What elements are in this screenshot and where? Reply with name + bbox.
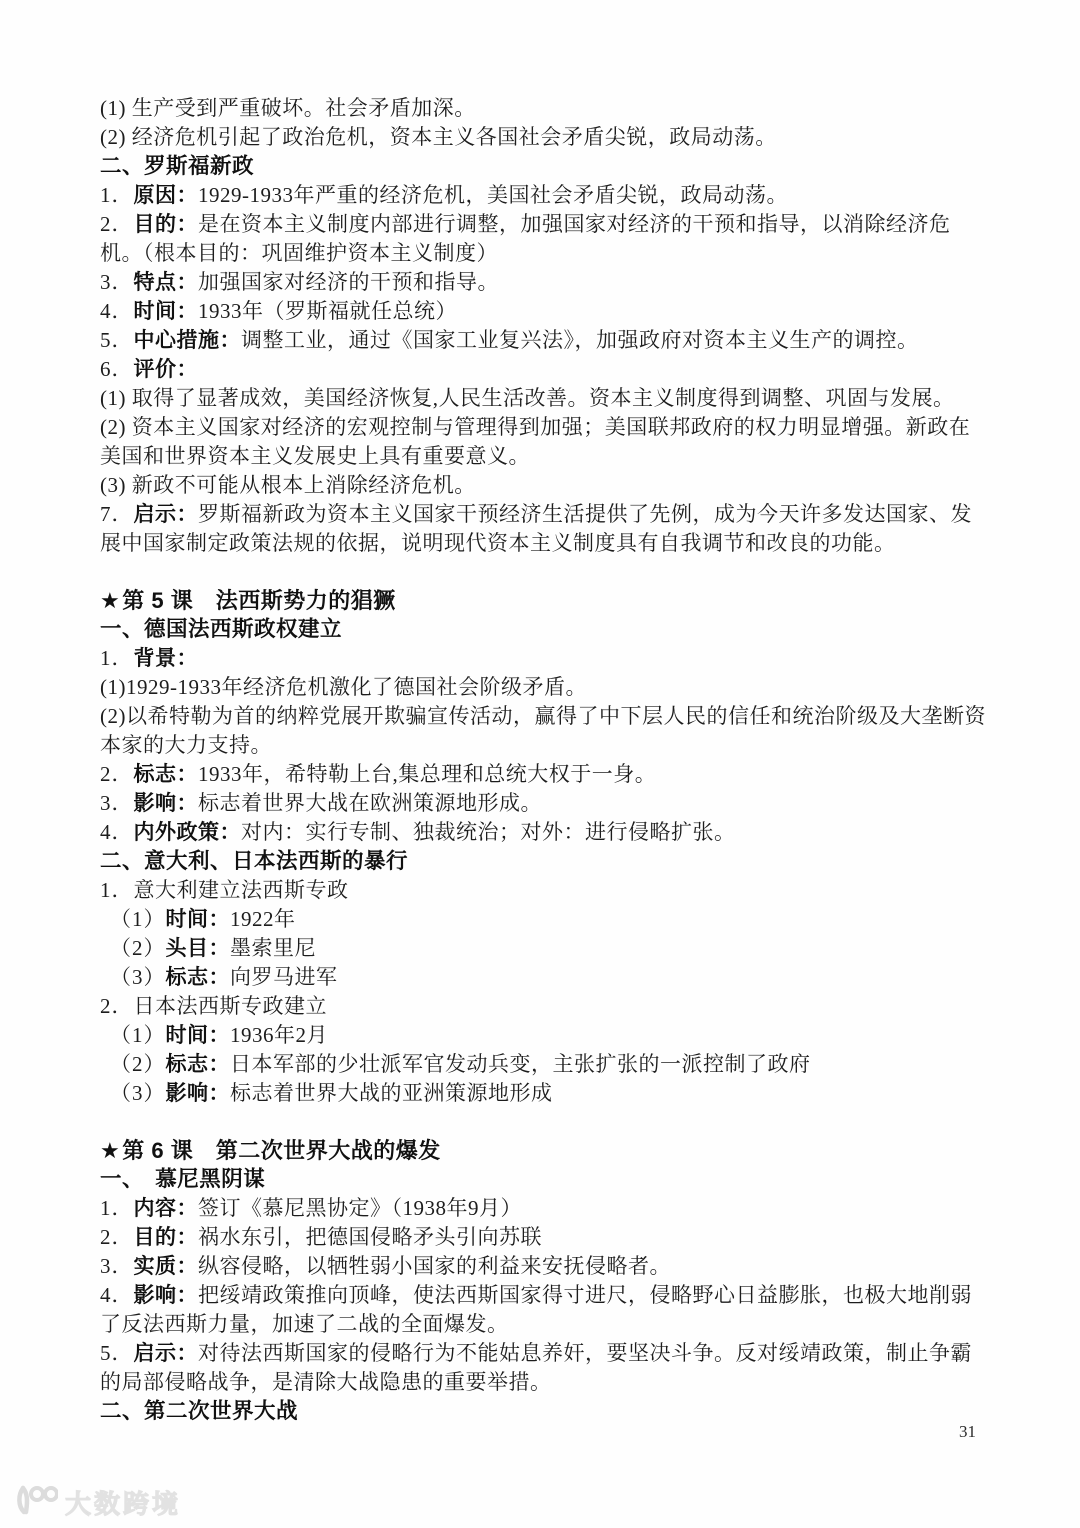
item-number: （3） [110,965,166,989]
item-number: 2． [100,994,134,1018]
numbered-item: 3．特点：加强国家对经济的干预和指导。 [100,268,988,297]
numbered-item: 2．目的：祸水东引，把德国侵略矛头引向苏联 [100,1223,988,1252]
numbered-item: 1．原因：1929-1933年严重的经济危机，美国社会矛盾尖锐，政局动荡。 [100,181,988,210]
star-icon: ★ [100,588,120,613]
item-number: （1） [110,907,166,931]
sub-line: (2) 资本主义国家对经济的宏观控制与管理得到加强；美国联邦政府的权力明显增强。… [100,413,988,471]
item-label: 头目： [166,937,231,960]
item-number: （1） [110,1023,166,1047]
numbered-item: 2．目的：是在资本主义制度内部进行调整，加强国家对经济的干预和指导，以消除经济危… [100,210,988,268]
item-label: 影响： [134,1284,199,1307]
section-heading: 二、罗斯福新政 [100,152,988,181]
item-number: 2． [100,762,134,786]
item-label: 时间： [166,908,231,931]
item-number: （3） [110,1081,166,1105]
sub-item: （3）标志：向罗马进军 [100,963,988,992]
item-label: 目的： [134,213,199,236]
item-text: 墨索里尼 [230,936,316,960]
item-label: 时间： [166,1024,231,1047]
item-text: 纵容侵略，以牺牲弱小国家的利益来安抚侵略者。 [198,1254,671,1278]
item-label: 时间： [134,300,199,323]
item-text: (3) 新政不可能从根本上消除经济危机。 [100,473,476,497]
course-heading: ★第 6 课 第二次世界大战的爆发 [100,1136,988,1165]
item-label: 原因： [134,184,199,207]
item-number: 3． [100,270,134,294]
item-text: (2) 资本主义国家对经济的宏观控制与管理得到加强；美国联邦政府的权力明显增强。… [100,415,970,468]
item-text: 1929-1933年严重的经济危机，美国社会矛盾尖锐，政局动荡。 [198,183,788,207]
sub-line: (1)1929-1933年经济危机激化了德国社会阶级矛盾。 [100,673,988,702]
item-label: 评价： [134,358,199,381]
item-number: 3． [100,1254,134,1278]
item-text: 签订《慕尼黑协定》（1938年9月） [198,1196,522,1220]
item-label: 背景： [134,647,199,670]
item-text: 加强国家对经济的干预和指导。 [198,270,499,294]
item-number: 2． [100,1225,134,1249]
item-label: 目的： [134,1226,199,1249]
watermark-100-logo-icon [14,1483,58,1522]
item-label: 中心措施： [134,329,242,352]
item-number: 1． [100,183,134,207]
sub-line: (2)以希特勒为首的纳粹党展开欺骗宣传活动，赢得了中下层人民的信任和统治阶级及大… [100,702,988,760]
item-number: 1． [100,646,134,670]
item-text: (1) 生产受到严重破坏。社会矛盾加深。 [100,96,476,120]
item-label: 实质： [134,1255,199,1278]
watermark-text: 大数跨境 [65,1484,181,1521]
item-text: (2)以希特勒为首的纳粹党展开欺骗宣传活动，赢得了中下层人民的信任和统治阶级及大… [100,704,986,757]
item-text: 对内：实行专制、独裁统治；对外：进行侵略扩张。 [241,820,736,844]
item-text: 对待法西斯国家的侵略行为不能姑息养奸，要坚决斗争。反对绥靖政策，制止争霸的局部侵… [100,1341,972,1394]
sub-item: （1）时间：1922年 [100,905,988,934]
sub-line: (2) 经济危机引起了政治危机，资本主义各国社会矛盾尖锐，政局动荡。 [100,123,988,152]
item-text: 祸水东引，把德国侵略矛头引向苏联 [198,1225,542,1249]
item-text: 一、德国法西斯政权建立 [100,617,342,641]
item-text: 向罗马进军 [230,965,338,989]
numbered-item: 2．日本法西斯专政建立 [100,992,988,1021]
item-text: (2) 经济危机引起了政治危机，资本主义各国社会矛盾尖锐，政局动荡。 [100,125,777,149]
item-label: 启示： [134,1342,199,1365]
item-number: 1． [100,878,134,902]
item-text: 标志着世界大战的亚洲策源地形成 [230,1081,553,1105]
page-number: 31 [959,1422,976,1442]
item-text: 1933年（罗斯福就任总统） [198,299,457,323]
item-number: 4． [100,820,134,844]
item-label: 启示： [134,503,199,526]
section-heading: 一、德国法西斯政权建立 [100,615,988,644]
item-label: 内外政策： [134,821,242,844]
item-label: 标志： [134,763,199,786]
item-text: 日本军部的少壮派军官发动兵变，主张扩张的一派控制了政府 [230,1052,811,1076]
item-text: 第 6 课 第二次世界大战的爆发 [122,1138,440,1163]
item-number: 4． [100,299,134,323]
item-text: (1) 取得了显著成效，美国经济恢复,人民生活改善。资本主义制度得到调整、巩固与… [100,386,954,410]
section-heading: 二、意大利、日本法西斯的暴行 [100,847,988,876]
sub-line: (3) 新政不可能从根本上消除经济危机。 [100,471,988,500]
item-text: 罗斯福新政为资本主义国家干预经济生活提供了先例，成为今天许多发达国家、发展中国家… [100,502,972,555]
item-text: 标志着世界大战在欧洲策源地形成。 [198,791,542,815]
item-number: 7． [100,502,134,526]
star-icon: ★ [100,1138,120,1163]
numbered-item: 7．启示：罗斯福新政为资本主义国家干预经济生活提供了先例，成为今天许多发达国家、… [100,500,988,558]
numbered-item: 3．实质：纵容侵略，以牺牲弱小国家的利益来安抚侵略者。 [100,1252,988,1281]
sub-item: （2）头目：墨索里尼 [100,934,988,963]
item-number: 3． [100,791,134,815]
numbered-item: 2．标志：1933年，希特勒上台,集总理和总统大权于一身。 [100,760,988,789]
item-text: 二、第二次世界大战 [100,1399,298,1423]
item-label: 标志： [166,966,231,989]
item-label: 特点： [134,271,199,294]
item-number: 6． [100,357,134,381]
item-number: （2） [110,936,166,960]
numbered-item: 5．启示：对待法西斯国家的侵略行为不能姑息养奸，要坚决斗争。反对绥靖政策，制止争… [100,1339,988,1397]
sub-item: （3）影响：标志着世界大战的亚洲策源地形成 [100,1079,988,1108]
item-text: 是在资本主义制度内部进行调整，加强国家对经济的干预和指导，以消除经济危机。（根本… [100,212,951,265]
item-text: 把绥靖政策推向顶峰，使法西斯国家得寸进尺，侵略野心日益膨胀，也极大地削弱了反法西… [100,1283,972,1336]
item-text: (1)1929-1933年经济危机激化了德国社会阶级矛盾。 [100,675,587,699]
item-text: 1922年 [230,907,296,931]
numbered-item: 5．中心措施：调整工业，通过《国家工业复兴法》，加强政府对资本主义生产的调控。 [100,326,988,355]
sub-line: (1) 生产受到严重破坏。社会矛盾加深。 [100,94,988,123]
item-text: 1933年，希特勒上台,集总理和总统大权于一身。 [198,762,656,786]
watermark: 大数跨境 [14,1483,181,1522]
item-text: 一、 慕尼黑阴谋 [100,1167,265,1191]
section-heading: 一、 慕尼黑阴谋 [100,1165,988,1194]
numbered-item: 4．内外政策：对内：实行专制、独裁统治；对外：进行侵略扩张。 [100,818,988,847]
item-number: 5． [100,328,134,352]
numbered-item: 3．影响：标志着世界大战在欧洲策源地形成。 [100,789,988,818]
sub-line: (1) 取得了显著成效，美国经济恢复,人民生活改善。资本主义制度得到调整、巩固与… [100,384,988,413]
numbered-item: 1．意大利建立法西斯专政 [100,876,988,905]
item-text: 日本法西斯专政建立 [134,994,328,1018]
section-heading: 二、第二次世界大战 [100,1397,988,1426]
sub-item: （1）时间：1936年2月 [100,1021,988,1050]
item-label: 标志： [166,1053,231,1076]
course-heading: ★第 5 课 法西斯势力的猖獗 [100,586,988,615]
item-number: 1． [100,1196,134,1220]
item-text: 意大利建立法西斯专政 [134,878,349,902]
item-label: 内容： [134,1197,199,1220]
item-number: 5． [100,1341,134,1365]
document-body: (1) 生产受到严重破坏。社会矛盾加深。(2) 经济危机引起了政治危机，资本主义… [100,94,988,1426]
numbered-item: 4．影响：把绥靖政策推向顶峰，使法西斯国家得寸进尺，侵略野心日益膨胀，也极大地削… [100,1281,988,1339]
item-text: 调整工业，通过《国家工业复兴法》，加强政府对资本主义生产的调控。 [241,328,919,352]
item-text: 二、意大利、日本法西斯的暴行 [100,849,408,873]
item-number: （2） [110,1052,166,1076]
sub-item: （2）标志：日本军部的少壮派军官发动兵变，主张扩张的一派控制了政府 [100,1050,988,1079]
numbered-item: 4．时间：1933年（罗斯福就任总统） [100,297,988,326]
numbered-item: 1．背景： [100,644,988,673]
item-text: 二、罗斯福新政 [100,154,254,178]
item-label: 影响： [134,792,199,815]
item-label: 影响： [166,1082,231,1105]
numbered-item: 6．评价： [100,355,988,384]
item-text: 1936年2月 [230,1023,328,1047]
item-number: 2． [100,212,134,236]
item-text: 第 5 课 法西斯势力的猖獗 [122,588,395,613]
document-page: (1) 生产受到严重破坏。社会矛盾加深。(2) 经济危机引起了政治危机，资本主义… [0,0,1080,1528]
numbered-item: 1．内容：签订《慕尼黑协定》（1938年9月） [100,1194,988,1223]
item-number: 4． [100,1283,134,1307]
